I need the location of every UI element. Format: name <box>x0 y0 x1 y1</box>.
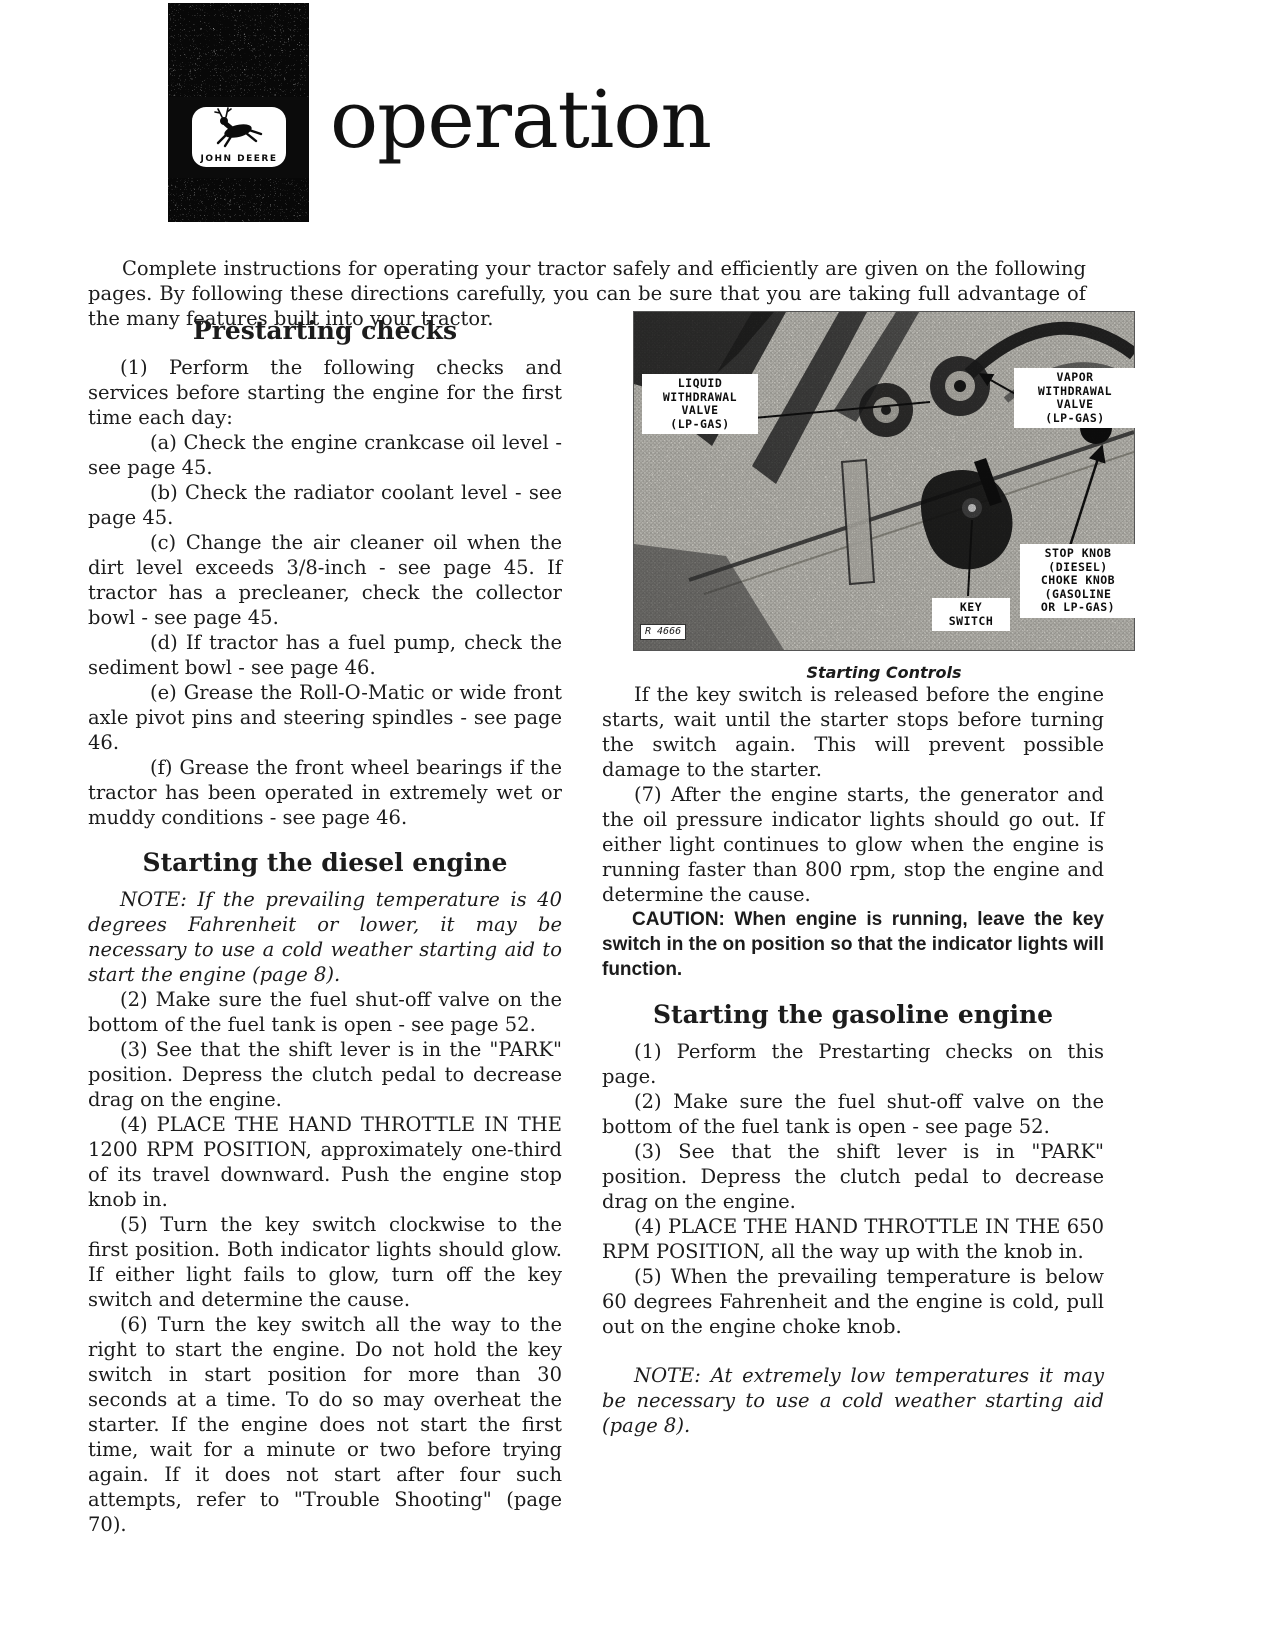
manual-page: JOHN DEERE operation Complete instructio… <box>0 0 1275 1650</box>
section-heading-prestarting: Prestarting checks <box>88 316 562 346</box>
paragraph-step-7: (7) After the engine starts, the generat… <box>602 782 1104 907</box>
note-paragraph-gasoline: NOTE: At extremely low temperatures it m… <box>602 1363 1104 1438</box>
checklist-item-f: (f) Grease the front wheel bearings if t… <box>88 755 562 830</box>
photo-label-vapor-withdrawal-valve: VAPOR WITHDRAWAL VALVE (LP-GAS) <box>1014 368 1136 428</box>
diesel-step-6: (6) Turn the key switch all the way to t… <box>88 1312 562 1537</box>
right-column: LIQUID WITHDRAWAL VALVE (LP-GAS) VAPOR W… <box>602 312 1104 1438</box>
photo-label-liquid-withdrawal-valve: LIQUID WITHDRAWAL VALVE (LP-GAS) <box>642 374 758 434</box>
section-heading-diesel: Starting the diesel engine <box>88 848 562 878</box>
caution-paragraph: CAUTION: When engine is running, leave t… <box>602 907 1104 982</box>
note-paragraph-diesel: NOTE: If the prevailing temperature is 4… <box>88 887 562 987</box>
paragraph-key-switch-release: If the key switch is released before the… <box>602 682 1104 782</box>
checklist-item-e: (e) Grease the Roll-O-Matic or wide fron… <box>88 680 562 755</box>
page-title: operation <box>330 80 711 160</box>
photo-label-key-switch: KEY SWITCH <box>932 598 1010 631</box>
figure-caption: Starting Controls <box>634 664 1134 682</box>
left-column: Prestarting checks (1) Perform the follo… <box>88 312 562 1537</box>
diesel-step-3: (3) See that the shift lever is in the "… <box>88 1037 562 1112</box>
logo-brand-text: JOHN DEERE <box>199 154 277 164</box>
gasoline-step-3: (3) See that the shift lever is in "PARK… <box>602 1139 1104 1214</box>
gasoline-step-4: (4) PLACE THE HAND THROTTLE IN THE 650 R… <box>602 1214 1104 1264</box>
gasoline-step-5: (5) When the prevailing temperature is b… <box>602 1264 1104 1339</box>
gasoline-step-1: (1) Perform the Prestarting checks on th… <box>602 1039 1104 1089</box>
checklist-item-a: (a) Check the engine crankcase oil level… <box>88 430 562 480</box>
diesel-step-5: (5) Turn the key switch clockwise to the… <box>88 1212 562 1312</box>
logo-artwork: JOHN DEERE <box>168 3 309 222</box>
gasoline-step-2: (2) Make sure the fuel shut-off valve on… <box>602 1089 1104 1139</box>
photo-reference-number: R 4666 <box>640 624 686 640</box>
checklist-item-c: (c) Change the air cleaner oil when the … <box>88 530 562 630</box>
section-heading-gasoline: Starting the gasoline engine <box>602 1000 1104 1030</box>
john-deere-logo: JOHN DEERE <box>168 3 309 222</box>
diesel-step-4: (4) PLACE THE HAND THROTTLE IN THE 1200 … <box>88 1112 562 1212</box>
checklist-item-b: (b) Check the radiator coolant level - s… <box>88 480 562 530</box>
checklist-item-d: (d) If tractor has a fuel pump, check th… <box>88 630 562 680</box>
paragraph-prestarting-intro: (1) Perform the following checks and ser… <box>88 355 562 430</box>
photo-label-stop-choke-knob: STOP KNOB (DIESEL) CHOKE KNOB (GASOLINE … <box>1020 544 1136 618</box>
diesel-step-2: (2) Make sure the fuel shut-off valve on… <box>88 987 562 1037</box>
starting-controls-photo: LIQUID WITHDRAWAL VALVE (LP-GAS) VAPOR W… <box>634 312 1134 650</box>
